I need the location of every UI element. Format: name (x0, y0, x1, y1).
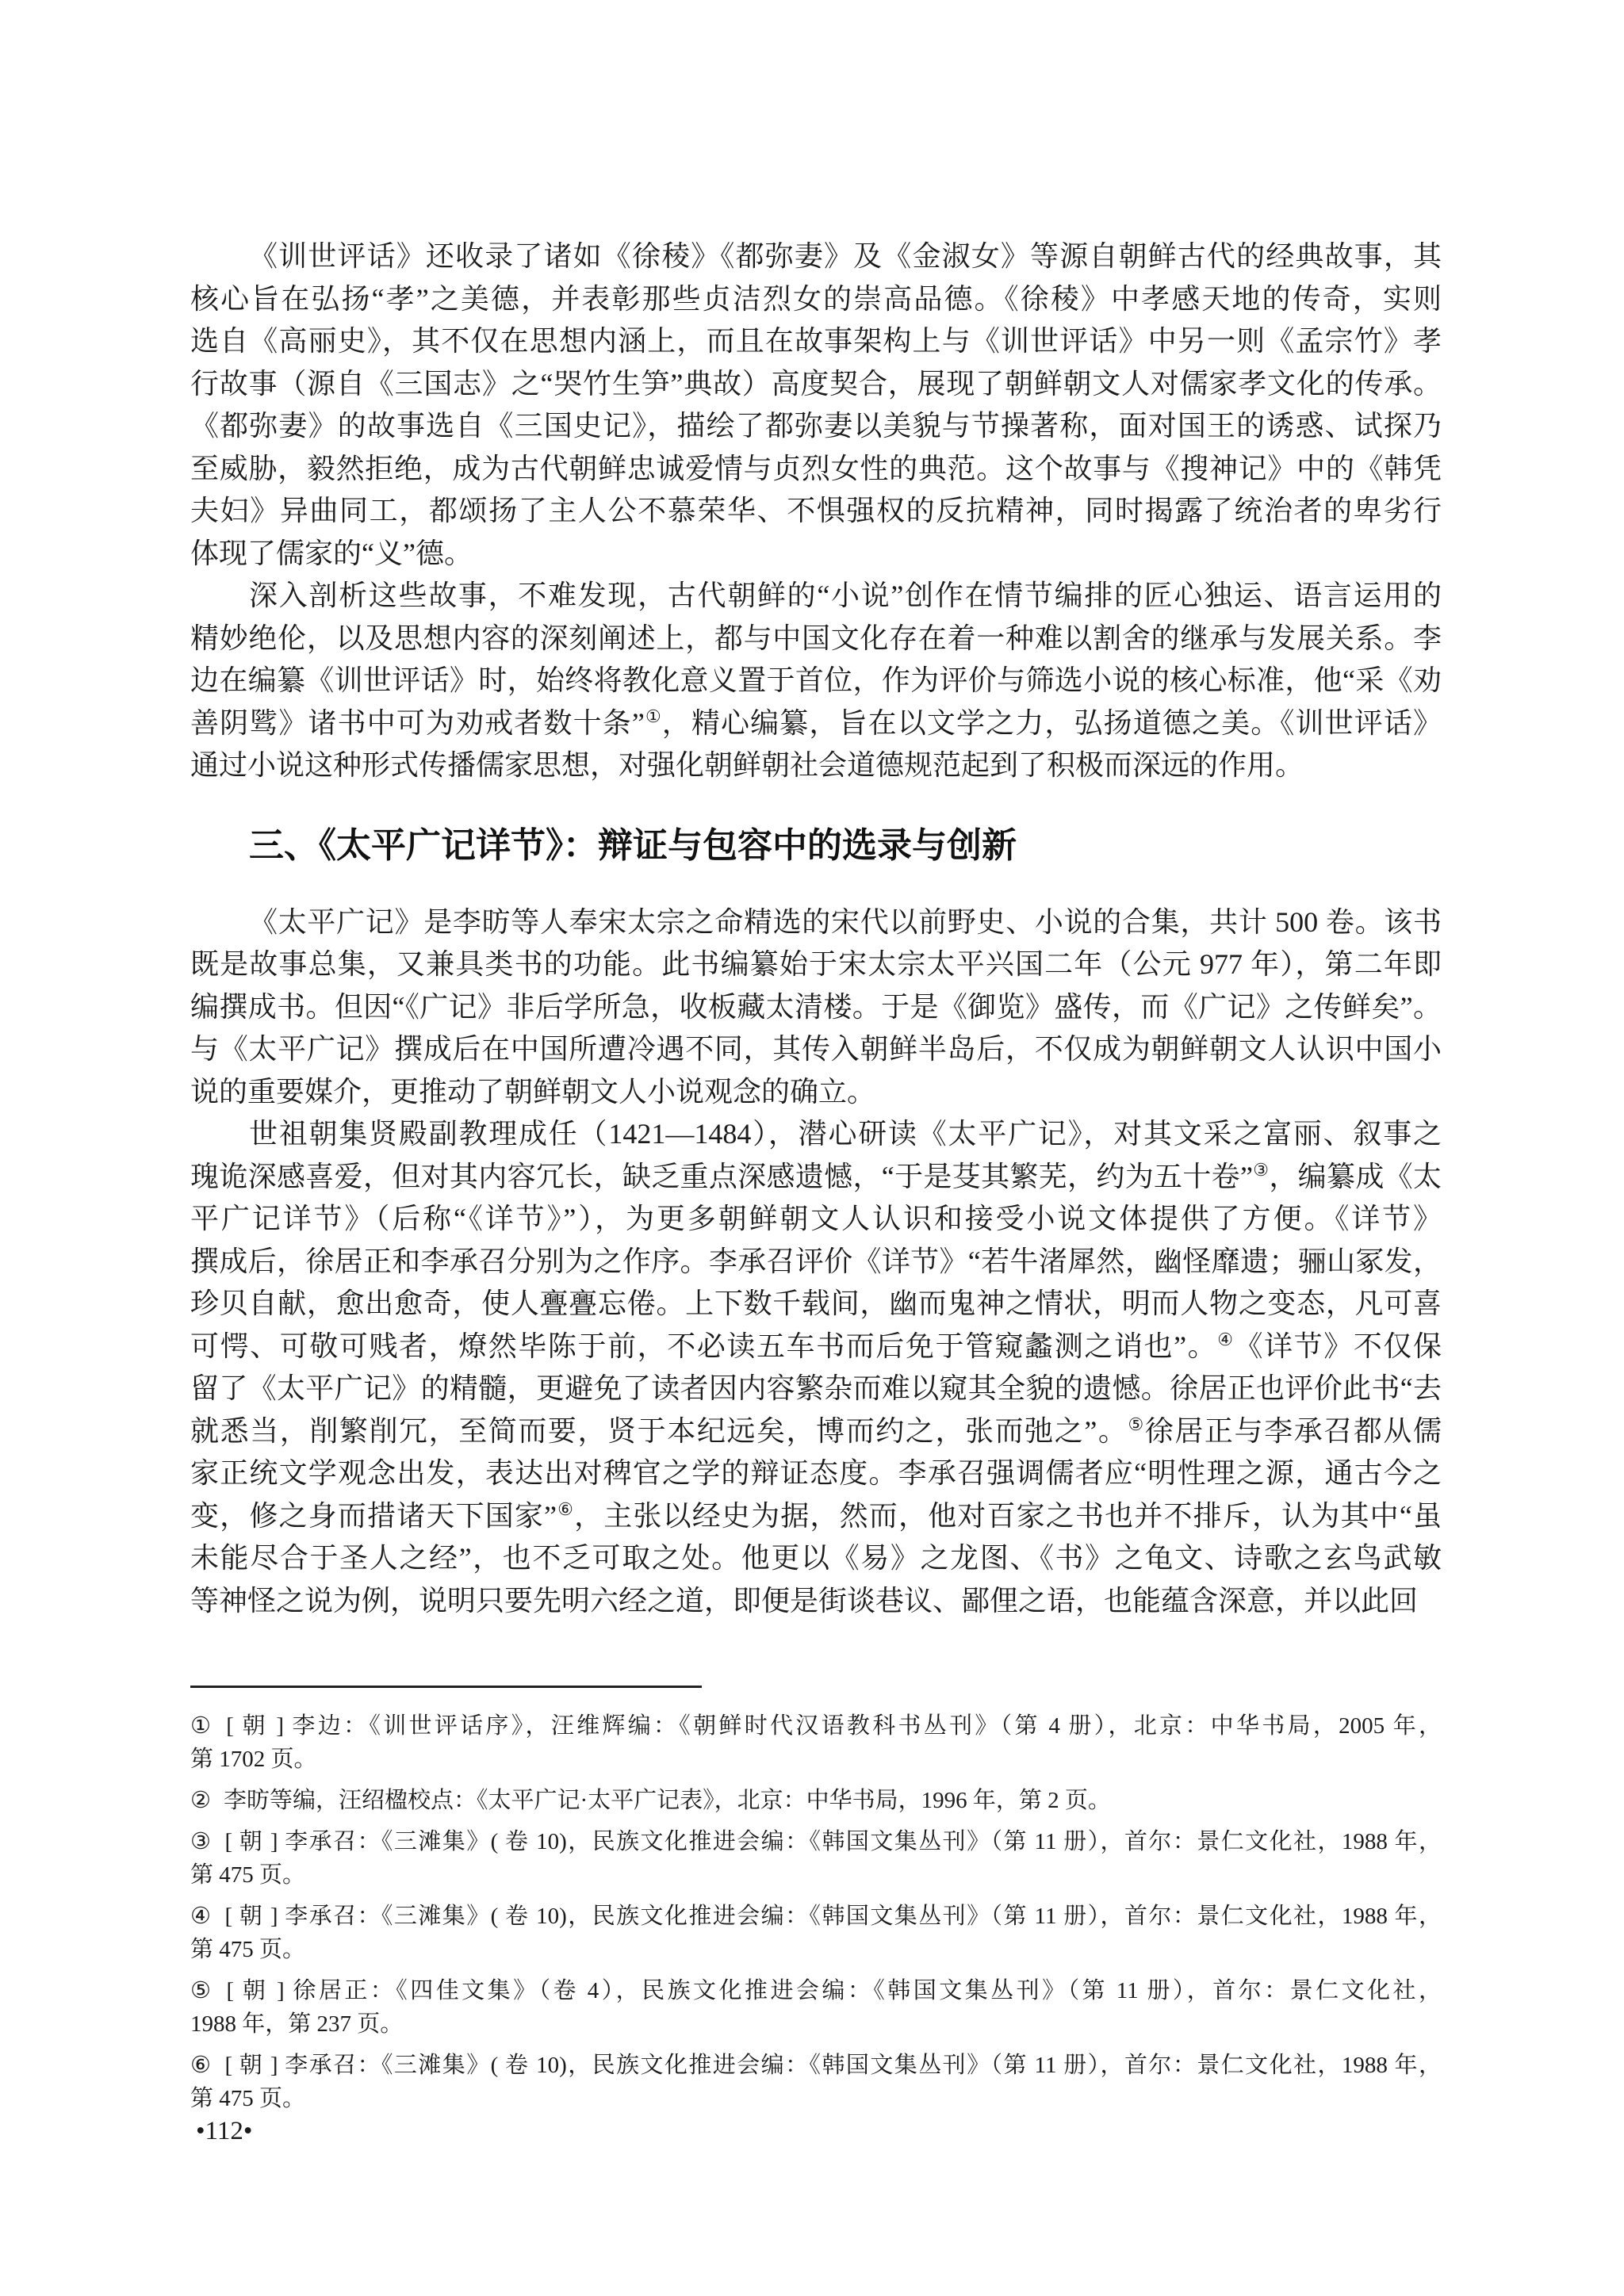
text-line: 家正统文学观念出发，表达出对稗官之学的辩证态度。李承召强调儒者应“明性理之源，通… (190, 1452, 1442, 1495)
footnotes: ①[ 朝 ] 李边：《训世评话序》，汪维辉编：《朝鲜时代汉语教科书丛刊》（第 4… (190, 1709, 1442, 2123)
footnote-item: ②李昉等编，汪绍楹校点：《太平广记·太平广记表》，北京：中华书局，1996 年，… (190, 1784, 1442, 1817)
footnote-item: ①[ 朝 ] 李边：《训世评话序》，汪维辉编：《朝鲜时代汉语教科书丛刊》（第 4… (190, 1709, 1442, 1776)
footnote-line: ④[ 朝 ] 李承召：《三滩集》( 卷 10)，民族文化推进会编：《韩国文集丛刊… (190, 1900, 1442, 1933)
text-line: 体现了儒家的“义”德。 (190, 533, 1442, 576)
footnote-separator (190, 1686, 702, 1688)
document-page: 《训世评话》还收录了诸如《徐稜》《都弥妻》及《金淑女》等源自朝鲜古代的经典故事，… (0, 0, 1624, 2296)
text-line: 选自《高丽史》，其不仅在思想内涵上，而且在故事架构上与《训世评话》中另一则《孟宗… (190, 320, 1442, 363)
text-line: 等神怪之说为例，说明只要先明六经之道，即便是街谈巷议、鄙俚之语，也能蕴含深意，并… (190, 1580, 1442, 1623)
text-line: 未能尽合于圣人之经”，也不乏可取之处。他更以《易》之龙图、《书》之龟文、诗歌之玄… (190, 1537, 1442, 1580)
footnote-ref: ③ (1253, 1160, 1269, 1180)
text-line: 善阴骘》诸书中可为劝戒者数十条”①，精心编纂，旨在以文学之力，弘扬道德之美。《训… (190, 702, 1442, 745)
footnote-marker: ④ (190, 1904, 212, 1929)
text-line: 可愕、可敬可贱者，燎然毕陈于前，不必读五车书而后免于管窥蠡测之诮也”。④《详节》… (190, 1326, 1442, 1368)
text-line: 《训世评话》还收录了诸如《徐稜》《都弥妻》及《金淑女》等源自朝鲜古代的经典故事，… (190, 235, 1442, 278)
footnote-ref: ① (645, 706, 662, 726)
text-line: 夫妇》异曲同工，都颂扬了主人公不慕荣华、不惧强权的反抗精神，同时揭露了统治者的卑… (190, 490, 1442, 533)
text-line: 边在编纂《训世评话》时，始终将教化意义置于首位，作为评价与筛选小说的核心标准，他… (190, 660, 1442, 702)
footnote-line: 第 475 页。 (190, 1858, 1442, 1892)
text-line: 珍贝自献，愈出愈奇，使人亹亹忘倦。上下数千载间，幽而鬼神之情状，明而人物之变态，… (190, 1283, 1442, 1326)
text-line: 与《太平广记》撰成后在中国所遭冷遇不同，其传入朝鲜半岛后，不仅成为朝鲜朝文人认识… (190, 1028, 1442, 1071)
footnote-marker: ③ (190, 1829, 212, 1854)
paragraph: 世祖朝集贤殿副教理成任（1421—1484），潜心研读《太平广记》，对其文采之富… (190, 1113, 1442, 1622)
paragraph: 《训世评话》还收录了诸如《徐稜》《都弥妻》及《金淑女》等源自朝鲜古代的经典故事，… (190, 235, 1442, 575)
section-heading: 三、《太平广记详节》：辩证与包容中的选录与创新 (190, 822, 1442, 870)
footnote-ref: ④ (1217, 1330, 1234, 1349)
footnote-line: 1988 年，第 237 页。 (190, 2007, 1442, 2041)
text-line: 行故事（源自《三国志》之“哭竹生笋”典故）高度契合，展现了朝鲜朝文人对儒家孝文化… (190, 363, 1442, 406)
text-line: 深入剖析这些故事，不难发现，古代朝鲜的“小说”创作在情节编排的匠心独运、语言运用… (190, 575, 1442, 618)
text-line: 留了《太平广记》的精髓，更避免了读者因内容繁杂而难以窥其全貌的遗憾。徐居正也评价… (190, 1368, 1442, 1410)
footnote-item: ⑤[ 朝 ] 徐居正：《四佳文集》（卷 4），民族文化推进会编：《韩国文集丛刊》… (190, 1974, 1442, 2041)
text-line: 瑰诡深感喜爱，但对其内容冗长，缺乏重点深感遗憾，“于是芟其繁芜，约为五十卷”③，… (190, 1156, 1442, 1199)
text-line: 就悉当，削繁削冗，至简而要，贤于本纪远矣，博而约之，张而弛之”。⑤徐居正与李承召… (190, 1410, 1442, 1453)
footnote-ref: ⑥ (557, 1499, 574, 1519)
main-text: 《训世评话》还收录了诸如《徐稜》《都弥妻》及《金淑女》等源自朝鲜古代的经典故事，… (190, 235, 1442, 1622)
text-line: 撰成后，徐居正和李承召分别为之作序。李承召评价《详节》“若牛渚犀然，幽怪靡遗；骊… (190, 1241, 1442, 1284)
text-line: 核心旨在弘扬“孝”之美德，并表彰那些贞洁烈女的崇高品德。《徐稜》中孝感天地的传奇… (190, 278, 1442, 321)
footnote-line: 第 475 页。 (190, 1933, 1442, 1966)
paragraph: 《太平广记》是李昉等人奉宋太宗之命精选的宋代以前野史、小说的合集，共计 500 … (190, 901, 1442, 1114)
footnote-item: ③[ 朝 ] 李承召：《三滩集》( 卷 10)，民族文化推进会编：《韩国文集丛刊… (190, 1825, 1442, 1892)
footnote-marker: ① (190, 1713, 213, 1739)
footnote-line: ②李昉等编，汪绍楹校点：《太平广记·太平广记表》，北京：中华书局，1996 年，… (190, 1784, 1442, 1817)
text-line: 平广记详节》（后称“《详节》”），为更多朝鲜朝文人认识和接受小说文体提供了方便。… (190, 1198, 1442, 1241)
text-line: 说的重要媒介，更推动了朝鲜朝文人小说观念的确立。 (190, 1071, 1442, 1114)
footnote-line: ⑤[ 朝 ] 徐居正：《四佳文集》（卷 4），民族文化推进会编：《韩国文集丛刊》… (190, 1974, 1442, 2007)
footnote-marker: ⑥ (190, 2053, 212, 2078)
footnote-line: 第 1702 页。 (190, 1743, 1442, 1776)
footnote-marker: ⑤ (190, 1978, 213, 2003)
text-line: 既是故事总集，又兼具类书的功能。此书编纂始于宋太宗太平兴国二年（公元 977 年… (190, 943, 1442, 986)
page-number: •112• (196, 2115, 252, 2147)
footnote-item: ⑥[ 朝 ] 李承召：《三滩集》( 卷 10)，民族文化推进会编：《韩国文集丛刊… (190, 2049, 1442, 2115)
footnote-line: ①[ 朝 ] 李边：《训世评话序》，汪维辉编：《朝鲜时代汉语教科书丛刊》（第 4… (190, 1709, 1442, 1743)
text-line: 编撰成书。但因“《广记》非后学所急，收板藏太清楼。于是《御览》盛传，而《广记》之… (190, 986, 1442, 1029)
text-line: 《都弥妻》的故事选自《三国史记》，描绘了都弥妻以美貌与节操著称，面对国王的诱惑、… (190, 405, 1442, 448)
paragraph: 深入剖析这些故事，不难发现，古代朝鲜的“小说”创作在情节编排的匠心独运、语言运用… (190, 575, 1442, 787)
footnote-marker: ② (190, 1788, 211, 1813)
footnote-line: ⑥[ 朝 ] 李承召：《三滩集》( 卷 10)，民族文化推进会编：《韩国文集丛刊… (190, 2049, 1442, 2082)
text-line: 通过小说这种形式传播儒家思想，对强化朝鲜朝社会道德规范起到了积极而深远的作用。 (190, 744, 1442, 787)
footnote-line: 第 475 页。 (190, 2082, 1442, 2115)
text-line: 《太平广记》是李昉等人奉宋太宗之命精选的宋代以前野史、小说的合集，共计 500 … (190, 901, 1442, 944)
footnote-line: ③[ 朝 ] 李承召：《三滩集》( 卷 10)，民族文化推进会编：《韩国文集丛刊… (190, 1825, 1442, 1858)
text-line: 至威胁，毅然拒绝，成为古代朝鲜忠诚爱情与贞烈女性的典范。这个故事与《搜神记》中的… (190, 448, 1442, 491)
footnote-ref: ⑤ (1128, 1414, 1144, 1434)
text-line: 变，修之身而措诸天下国家”⑥，主张以经史为据，然而，他对百家之书也并不排斥，认为… (190, 1495, 1442, 1538)
text-line: 精妙绝伦，以及思想内容的深刻阐述上，都与中国文化存在着一种难以割舍的继承与发展关… (190, 618, 1442, 660)
footnote-item: ④[ 朝 ] 李承召：《三滩集》( 卷 10)，民族文化推进会编：《韩国文集丛刊… (190, 1900, 1442, 1966)
text-line: 世祖朝集贤殿副教理成任（1421—1484），潜心研读《太平广记》，对其文采之富… (190, 1113, 1442, 1156)
